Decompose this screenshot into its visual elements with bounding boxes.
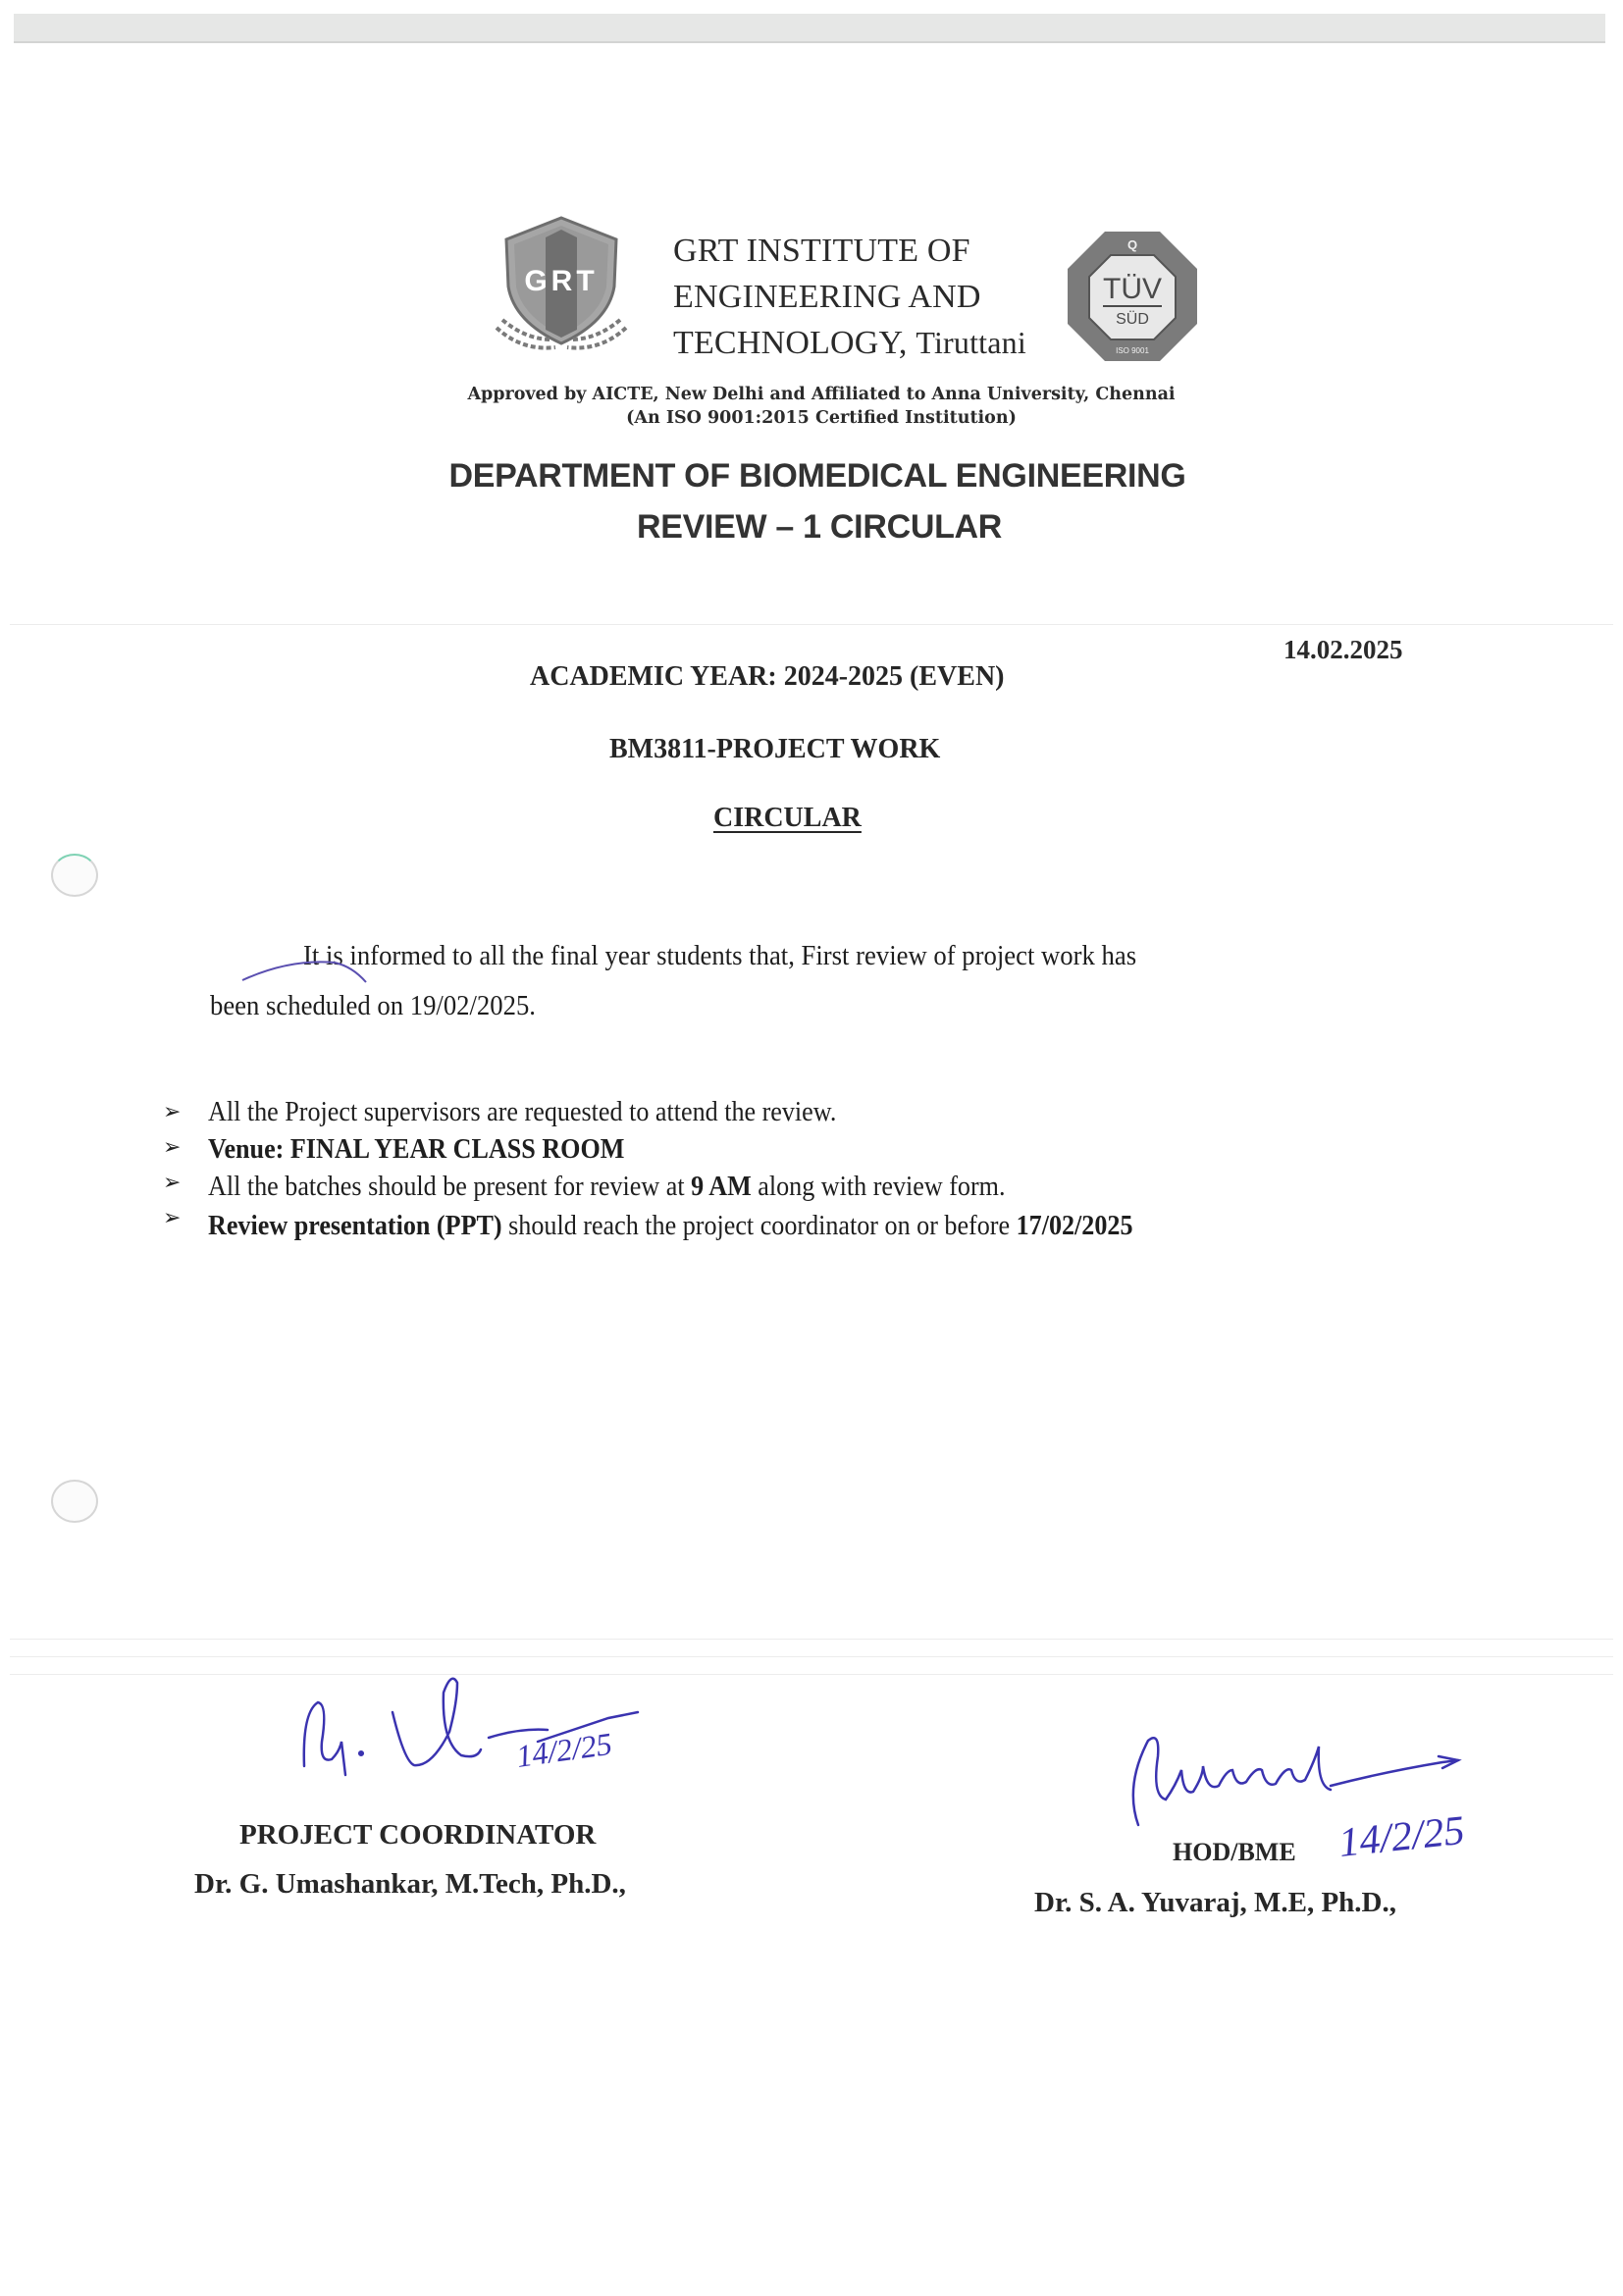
scan-artifact-line [10,1639,1613,1640]
department-title: DEPARTMENT OF BIOMEDICAL ENGINEERING [0,457,1623,496]
arrow-bullet-icon: ➢ [163,1165,181,1200]
institute-name-line1: GRT INSTITUTE OF [673,228,1026,274]
svg-text:SÜD: SÜD [1116,310,1149,328]
institute-name: GRT INSTITUTE OF ENGINEERING AND TECHNOL… [673,228,1026,366]
circular-title: REVIEW – 1 CIRCULAR [0,508,1623,547]
scanner-edge-bar [14,14,1605,43]
punch-hole [51,1480,98,1523]
arrow-bullet-icon: ➢ [163,1129,181,1165]
list-item: ➢ Review presentation (PPT) should reach… [163,1200,1235,1235]
grt-shield-logo-icon: GRT [493,214,630,361]
scan-artifact-line [10,1656,1613,1657]
circular-date: 14.02.2025 [1283,635,1403,665]
approval-statement: Approved by AICTE, New Delhi and Affilia… [0,385,1623,404]
list-item: ➢ Venue: FINAL YEAR CLASS ROOM [163,1129,1235,1165]
iso-certification: (An ISO 9001:2015 Certified Institution) [0,408,1623,428]
circular-label: CIRCULAR [713,803,862,834]
tuv-sud-logo-icon: Q TÜV SÜD ISO 9001 [1066,230,1199,363]
coordinator-signature: 14/2/25 [285,1673,697,1781]
institute-name-line3: TECHNOLOGY, [673,325,908,361]
institute-place: Tiruttani [916,325,1026,360]
scan-artifact-line [10,624,1613,625]
instruction-list: ➢ All the Project supervisors are reques… [163,1094,1235,1235]
list-item: ➢ All the batches should be present for … [163,1165,1235,1200]
svg-text:TÜV: TÜV [1103,273,1162,305]
scan-artifact-line [10,1674,1613,1675]
svg-text:GRT: GRT [524,265,598,297]
hod-name: Dr. S. A. Yuvaraj, M.E, Ph.D., [1034,1887,1396,1919]
arrow-bullet-icon: ➢ [163,1094,181,1129]
list-item: ➢ All the Project supervisors are reques… [163,1094,1235,1129]
body-paragraph-line1: It is informed to all the final year stu… [303,940,1136,972]
punch-hole [51,854,98,897]
coordinator-name: Dr. G. Umashankar, M.Tech, Ph.D., [194,1868,626,1901]
coordinator-role: PROJECT COORDINATOR [239,1819,596,1852]
hod-role: HOD/BME [1173,1838,1296,1867]
body-paragraph-line2: been scheduled on 19/02/2025. [210,990,536,1022]
arrow-bullet-icon: ➢ [163,1200,181,1235]
svg-text:Q: Q [1127,237,1137,252]
course-code: BM3811-PROJECT WORK [609,734,940,765]
svg-text:ISO 9001: ISO 9001 [1116,346,1149,355]
svg-text:14/2/25: 14/2/25 [1336,1808,1466,1866]
institute-name-line2: ENGINEERING AND [673,274,1026,320]
svg-text:14/2/25: 14/2/25 [514,1726,614,1774]
pen-underline-mark [240,957,368,986]
academic-year: ACADEMIC YEAR: 2024-2025 (EVEN) [530,661,1005,693]
